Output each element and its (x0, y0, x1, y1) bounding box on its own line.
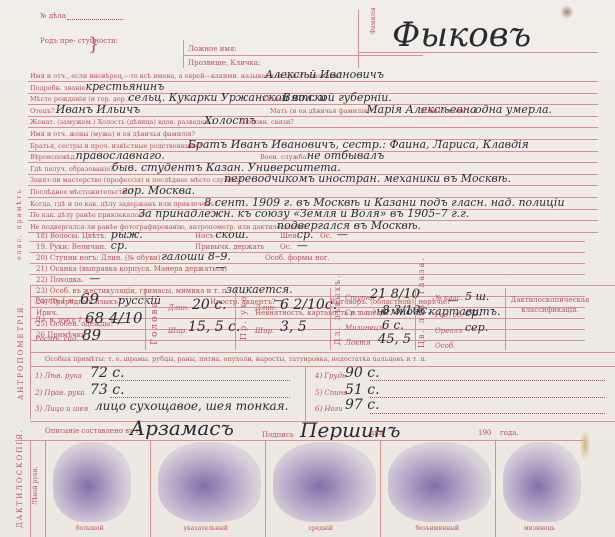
field-label: Послѣднее мѣстожительство? (30, 189, 133, 196)
legs-value: 97 с. (345, 398, 380, 412)
right-hand-value: 73 с. (90, 383, 125, 397)
field-label: Имя и отч. жены (мужа) и ея дѣвичья фами… (30, 131, 195, 138)
finger-label: безъимянный (416, 526, 459, 532)
field-value-3: одна умерла. (475, 104, 552, 115)
signalment-value: — (337, 229, 348, 240)
fingerprint-impression (273, 442, 376, 522)
field-value: Алексѣй Ивановичъ (265, 69, 384, 80)
back-value: 51 с. (345, 383, 380, 397)
little-finger-value: 6 с. (382, 319, 404, 331)
field-label: Отецъ? (30, 108, 55, 115)
anthropometry-side-label: АНТРОПОМЕТРІЯ. (17, 301, 25, 400)
field-value: За принадлежн. къ союзу «Земля и Воля» в… (138, 208, 469, 219)
crime-kind-label: Родъ пре- ступности: (40, 38, 118, 45)
fingerprint-impression (388, 442, 491, 522)
fingerprint-impression (53, 442, 131, 522)
signalment-value: — (215, 262, 226, 273)
field-label: Вѣроисповѣд. (30, 154, 77, 161)
composed-city-value: Арзамасъ (130, 418, 234, 438)
forearm-value: 45, 5 (378, 333, 411, 346)
chest-value: 90 с. (345, 366, 380, 380)
fingerprint-impression (158, 442, 261, 522)
brace: } (88, 36, 99, 54)
left-hand-label: Лѣвой руки. (32, 466, 39, 505)
signalment-value: скош. (215, 229, 248, 240)
field-value: Братъ Иванъ Ивановичъ, сестр.: Фаина, Ла… (188, 139, 529, 150)
field-label: По как. дѣлу ранѣе привлекался? (30, 212, 146, 219)
paper-stain (560, 6, 574, 18)
eye-periphery-value: ср. (465, 307, 482, 318)
surname-label: Фамилія (370, 7, 377, 34)
field-value: Иванъ Ильичъ (56, 104, 140, 115)
finger-label: мизинецъ (524, 526, 555, 532)
finger-label: большой (76, 526, 104, 532)
field-value: быв. студентъ Казан. Университета. (112, 162, 341, 173)
marks-header: Особыя примѣты: т. е. шрамы, рубцы, раны… (45, 356, 427, 363)
field-value: гор. Москва. (122, 185, 195, 196)
police-registration-card: № дѣла Родъ пре- ступности: } Ложное имя… (0, 0, 615, 537)
eye-class-value: 5 ш. (465, 291, 489, 302)
field-label: Братья, сестры и проч. извѣстные родстве… (30, 143, 201, 150)
field-label: Гдѣ получ. образованіе? (30, 166, 114, 173)
face-neck-value: лицо сухощавое, шея тонкая. (95, 400, 288, 412)
foot-value: 21 8/10 (370, 288, 420, 301)
eye-areola-value: сер. (465, 322, 488, 333)
field-value: крестьянинъ (86, 81, 165, 92)
finger-label: средній (309, 526, 333, 532)
field-label: Женат. (замужем.) Холость (дѣвица) вдов.… (30, 119, 214, 126)
fingerprint-impression (503, 442, 581, 522)
signalment-label: 18) Волосы. Цвѣтъ. (36, 233, 107, 240)
field-label: Мѣсто рожденія (и гор. дер.) (30, 96, 129, 103)
field-value: 8 сент. 1909 г. въ Москвѣ и Казани подъ … (204, 197, 564, 208)
arm-span-value: 68 4/10 (85, 311, 143, 326)
field-value: православнаго. (76, 150, 165, 161)
case-number-line (67, 19, 123, 20)
signalment-label: 20) Ступни ногъ: Длин. (№ обуви) (36, 255, 160, 262)
false-name-label: Ложное имя: (188, 46, 237, 53)
signalment-value: — (297, 240, 308, 251)
surname-value: Фыковъ (392, 18, 531, 52)
paper-stain (580, 430, 590, 460)
head-length-value: 20 с. (192, 298, 227, 312)
signalment-label: 19. Руки: Величин. (36, 244, 106, 251)
head-width-value: 15, 5 с. (188, 320, 240, 334)
field-value-2: Вятской губерніи. (283, 92, 392, 103)
finger-label: указательный (184, 526, 228, 532)
head-label: Голова. (150, 295, 160, 345)
side-label-signs: опис. примѣтъ (16, 188, 23, 260)
signalment-label: 21) Осанка (выправка корпуса. Манера дер… (36, 266, 227, 273)
ear-width-value: 3, 5 (280, 320, 307, 334)
dacty-classification-label: Дактилоскопическая классификація. (510, 296, 590, 316)
left-hand-value: 72 с. (90, 366, 125, 380)
nickname-label: Прозвище, Кличка: (188, 60, 260, 67)
dactyloscopy-side-label: ДАКТИЛОСКОПІЯ. (16, 428, 24, 528)
case-number-label: № дѣла (40, 13, 66, 20)
signalment-value: ср. (111, 240, 128, 251)
sitting-height-value: 89 (82, 328, 101, 343)
field-value: переводчикомъ иностран. механики въ Моск… (224, 173, 511, 184)
height-value: 69 (80, 292, 99, 307)
field-label: Занят-ли мастерство (профессія) и послѣд… (30, 177, 242, 184)
signalment-label: 22) Походка. (36, 277, 83, 284)
signature-value: Першинъ (300, 420, 400, 440)
signalment-value: — (89, 273, 100, 284)
field-label: Подробн. званіе (30, 85, 85, 92)
ear-length-value: 6 2/10с. (280, 298, 337, 312)
field-label: Не подвергался-ли ранѣе фотографированію… (30, 224, 306, 231)
field-value-2: не отбывалъ (307, 150, 384, 161)
field-label: Когда, гдѣ и по как. дѣлу задержанъ или … (30, 201, 218, 208)
